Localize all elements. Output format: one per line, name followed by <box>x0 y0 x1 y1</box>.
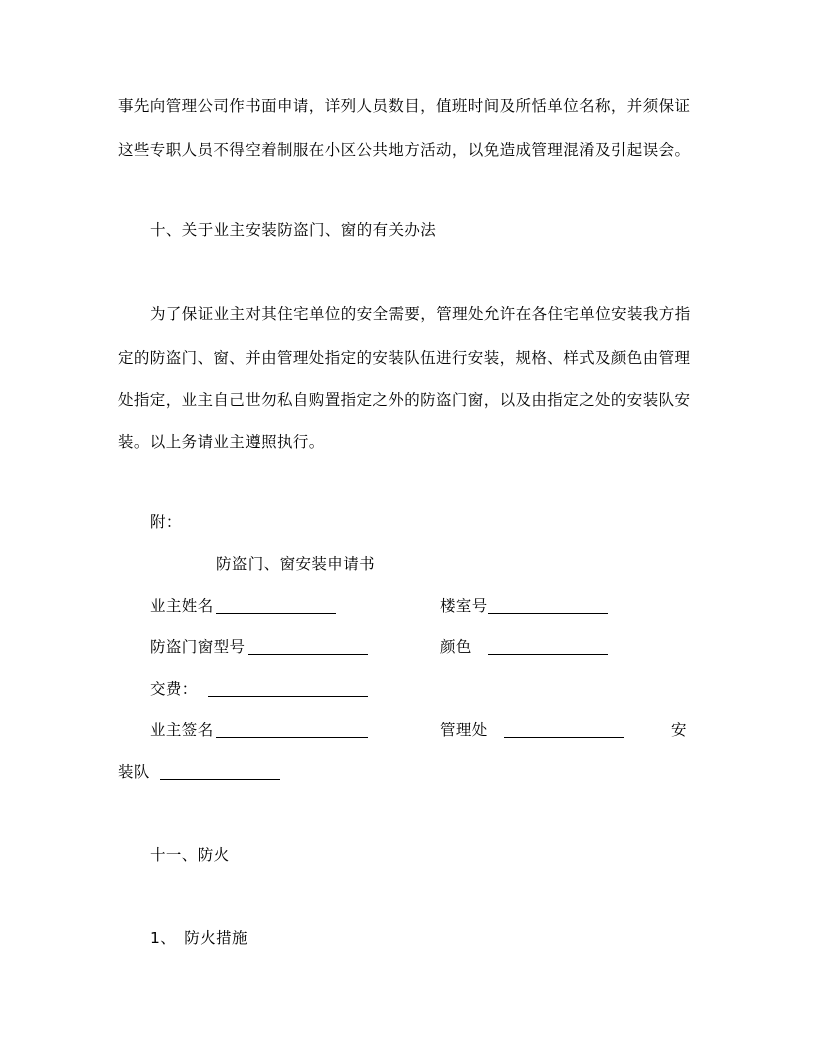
fee-blank <box>208 680 368 697</box>
owner-name-label: 业主姓名 <box>150 596 214 616</box>
room-number-blank <box>488 597 608 614</box>
document-page: 事先向管理公司作书面申请，详列人员数目，值班时间及所恬单位名称，并须保证 这些专… <box>0 0 816 1056</box>
owner-signature-label: 业主签名 <box>150 720 214 740</box>
form-title: 防盗门、窗安装申请书 <box>216 554 375 574</box>
install-team-blank <box>160 763 280 780</box>
install-team-label-part1: 安 <box>671 720 687 740</box>
paragraph-line: 装。以上务请业主遵照执行。 <box>118 432 325 452</box>
paragraph-line: 事先向管理公司作书面申请，详列人员数目，值班时间及所恬单位名称，并须保证 <box>118 96 690 116</box>
paragraph-line: 这些专职人员不得空着制服在小区公共地方活动，以免造成管理混淆及引起误会。 <box>118 140 690 160</box>
list-item: 1、 防火措施 <box>150 928 248 948</box>
fee-label: 交费： <box>150 679 198 699</box>
section-heading: 十、关于业主安装防盗门、窗的有关办法 <box>150 220 436 240</box>
attachment-label: 附： <box>150 512 182 532</box>
management-office-blank <box>504 721 624 738</box>
color-label: 颜色 <box>440 637 472 657</box>
color-blank <box>488 638 608 655</box>
paragraph-line: 定的防盗门、窗、并由管理处指定的安装队伍进行安装，规格、样式及颜色由管理 <box>118 348 690 368</box>
paragraph-line: 处指定，业主自己世勿私自购置指定之外的防盗门窗，以及由指定之处的安装队安 <box>118 390 690 410</box>
owner-name-blank <box>216 597 336 614</box>
room-number-label: 楼室号 <box>440 596 488 616</box>
owner-signature-blank <box>216 721 368 738</box>
install-team-label-part2: 装队 <box>118 762 150 782</box>
paragraph-line: 为了保证业主对其住宅单位的安全需要，管理处允许在各住宅单位安装我方指 <box>150 304 691 324</box>
model-blank <box>248 638 368 655</box>
model-label: 防盗门窗型号 <box>150 637 245 657</box>
management-office-label: 管理处 <box>440 720 488 740</box>
section-heading: 十一、防火 <box>150 845 230 865</box>
